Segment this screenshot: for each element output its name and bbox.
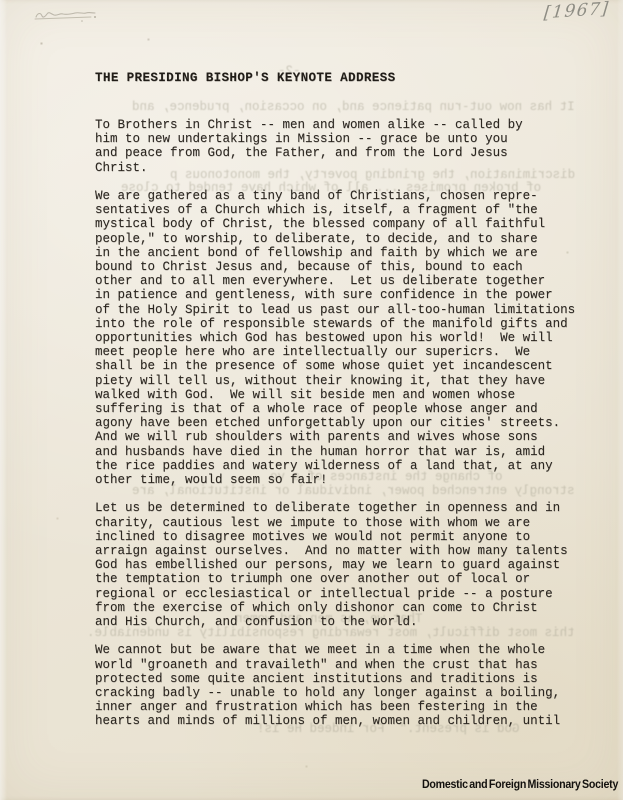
archive-credit: Domestic and Foreign Missionary Society <box>422 777 618 791</box>
pencil-scribble <box>33 8 103 26</box>
paragraph: We are gathered as a tiny band of Christ… <box>95 189 587 487</box>
document-title: THE PRESIDING BISHOP'S KEYNOTE ADDRESS <box>95 71 395 85</box>
handwritten-year-annotation: [1967] <box>543 0 610 23</box>
bleedthrough-line: It has now out-run patience and, on occa… <box>132 100 575 114</box>
scanned-document-page: -2-It has now out-run patience and, on o… <box>0 0 623 800</box>
paper-specks <box>0 0 1 1</box>
paragraph: We cannot but be aware that we meet in a… <box>95 643 587 728</box>
paragraph: Let us be determined to deliberate toget… <box>95 501 587 629</box>
document-body: To Brothers in Christ -- men and women a… <box>95 118 587 743</box>
paragraph: To Brothers in Christ -- men and women a… <box>95 118 587 175</box>
